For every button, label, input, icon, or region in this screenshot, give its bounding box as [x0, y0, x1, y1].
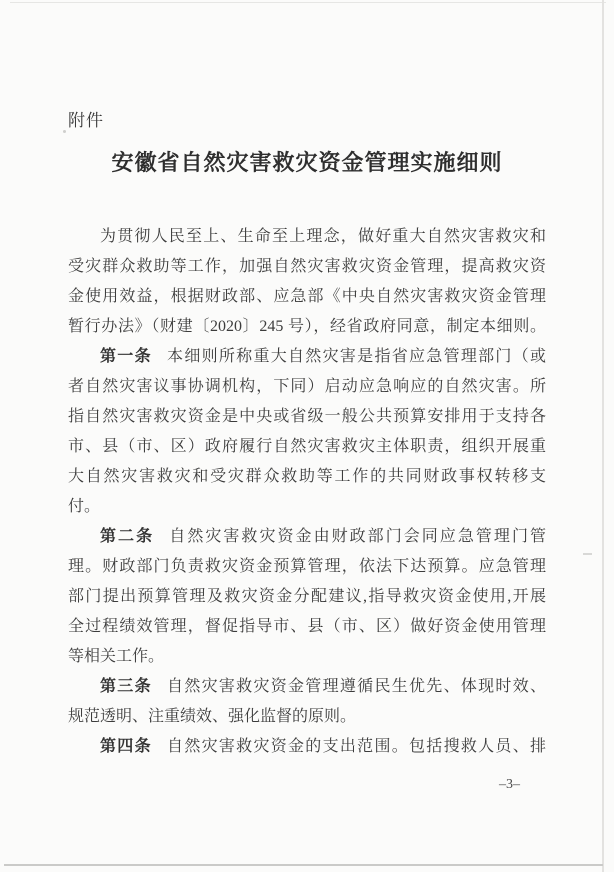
- body-line: 大自然灾害救灾和受灾群众救助等工作的共同财政事权转移支: [68, 462, 546, 492]
- scan-artifact-tick: [583, 553, 592, 555]
- line-text: 金使用效益，根据财政部、应急部《中央自然灾害救灾资金管理: [68, 288, 546, 305]
- line-text: 自然灾害救灾资金管理遵循民生优先、体现时效、: [167, 678, 546, 695]
- body-line: 第一条本细则所称重大自然灾害是指省应急管理部门（或: [68, 342, 546, 372]
- body-line: 第三条自然灾害救灾资金管理遵循民生优先、体现时效、: [68, 672, 546, 702]
- line-text: 部门提出预算管理及救灾资金分配建议,指导救灾资金使用,开展: [68, 588, 546, 605]
- document-body: 为贯彻人民至上、生命至上理念，做好重大自然灾害救灾和 受灾群众救助等工作，加强自…: [68, 222, 546, 762]
- body-line: 第四条自然灾害救灾资金的支出范围。包括搜救人员、排: [68, 732, 546, 762]
- body-line: 等相关工作。: [68, 642, 546, 672]
- line-text: 全过程绩效管理，督促指导市、县（市、区）做好资金使用管理: [68, 618, 546, 635]
- body-line: 理。财政部门负责救灾资金预算管理，依法下达预算。应急管理: [68, 552, 546, 582]
- scan-edge-bottom: [4, 864, 603, 866]
- body-line: 规范透明、注重绩效、强化监督的原则。: [68, 702, 546, 732]
- line-text: 大自然灾害救灾和受灾群众救助等工作的共同财政事权转移支: [68, 468, 546, 485]
- line-text: 暂行办法》（财建〔2020〕245 号），经省政府同意，制定本细则。: [68, 318, 546, 335]
- body-line: 全过程绩效管理，督促指导市、县（市、区）做好资金使用管理: [68, 612, 546, 642]
- article-number: 第一条: [100, 348, 152, 365]
- line-text: 者自然灾害议事协调机构，下同）启动应急响应的自然灾害。所: [68, 378, 546, 395]
- line-text: 自然灾害救灾资金的支出范围。包括搜救人员、排: [167, 738, 546, 755]
- line-text: 本细则所称重大自然灾害是指省应急管理部门（或: [167, 348, 546, 365]
- scan-artifact-speck: [63, 130, 66, 133]
- line-text: 市、县（市、区）政府履行自然灾害救灾主体职责，组织开展重: [68, 438, 546, 455]
- article-number: 第四条: [100, 738, 152, 755]
- page-number: –3–: [499, 777, 520, 793]
- body-line: 第二条自然灾害救灾资金由财政部门会同应急管理门管: [68, 522, 546, 552]
- line-text: 理。财政部门负责救灾资金预算管理，依法下达预算。应急管理: [68, 558, 546, 575]
- scan-edge-right: [602, 0, 604, 872]
- line-text: 为贯彻人民至上、生命至上理念，做好重大自然灾害救灾和: [100, 228, 546, 245]
- document-title: 安徽省自然灾害救灾资金管理实施细则: [68, 146, 546, 177]
- body-line: 市、县（市、区）政府履行自然灾害救灾主体职责，组织开展重: [68, 432, 546, 462]
- line-text: 自然灾害救灾资金由财政部门会同应急管理门管: [169, 528, 546, 545]
- body-line: 者自然灾害议事协调机构，下同）启动应急响应的自然灾害。所: [68, 372, 546, 402]
- body-line: 金使用效益，根据财政部、应急部《中央自然灾害救灾资金管理: [68, 282, 546, 312]
- article-number: 第二条: [100, 528, 154, 545]
- body-line: 暂行办法》（财建〔2020〕245 号），经省政府同意，制定本细则。: [68, 312, 546, 342]
- line-text: 规范透明、注重绩效、强化监督的原则。: [68, 708, 356, 725]
- body-line: 为贯彻人民至上、生命至上理念，做好重大自然灾害救灾和: [68, 222, 546, 252]
- body-line: 受灾群众救助等工作，加强自然灾害救灾资金管理，提高救灾资: [68, 252, 546, 282]
- scan-edge-top: [10, 2, 606, 3]
- line-text: 付。: [68, 498, 100, 515]
- body-line: 部门提出预算管理及救灾资金分配建议,指导救灾资金使用,开展: [68, 582, 546, 612]
- line-text: 等相关工作。: [68, 648, 164, 665]
- line-text: 受灾群众救助等工作，加强自然灾害救灾资金管理，提高救灾资: [68, 258, 546, 275]
- article-number: 第三条: [100, 678, 152, 695]
- body-line: 指自然灾害救灾资金是中央或省级一般公共预算安排用于支持各: [68, 402, 546, 432]
- line-text: 指自然灾害救灾资金是中央或省级一般公共预算安排用于支持各: [68, 408, 546, 425]
- scanned-document-page: 附件 安徽省自然灾害救灾资金管理实施细则 为贯彻人民至上、生命至上理念，做好重大…: [0, 0, 614, 872]
- body-line: 付。: [68, 492, 546, 522]
- attachment-label: 附件: [68, 106, 104, 131]
